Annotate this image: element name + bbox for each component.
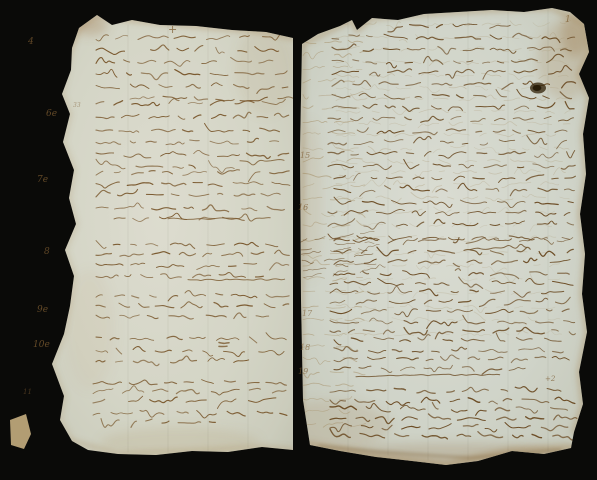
margin-number: 33	[73, 102, 81, 109]
tally-mark: +2	[545, 375, 556, 383]
ink-stroke	[149, 171, 155, 172]
ink-stroke	[209, 422, 215, 423]
ink-stroke	[244, 264, 257, 265]
ink-stroke	[184, 382, 193, 383]
margin-number: 4	[27, 37, 34, 47]
margin-number: 8	[44, 247, 50, 257]
ink-stroke	[477, 153, 487, 154]
cross-mark: +	[168, 23, 177, 36]
folio-mark: 1	[565, 15, 571, 25]
margin-number: 7e	[37, 175, 48, 185]
ink-blot-core	[533, 85, 542, 91]
margin-number: 18	[300, 343, 310, 352]
margin-number: 15	[300, 151, 310, 160]
margin-number: 11	[23, 388, 32, 396]
ink-stroke	[405, 62, 413, 63]
margin-number: 9e	[37, 305, 48, 315]
ink-stroke	[146, 194, 163, 195]
margin-number: 6e	[46, 109, 57, 119]
ink-stroke	[552, 178, 558, 179]
ink-flourish	[219, 343, 229, 344]
margin-number: 10e	[33, 340, 50, 350]
ink-stroke	[476, 131, 482, 132]
ink-stroke	[332, 39, 339, 40]
manuscript-photo: 4 33 6e 7e 8 9e 10e 11 15 16 17 18 19 + …	[0, 0, 597, 480]
margin-number: 17	[302, 309, 313, 318]
manuscript-scan: 4 33 6e 7e 8 9e 10e 11 15 16 17 18 19 + …	[0, 0, 597, 480]
margin-number: 16	[298, 203, 308, 212]
margin-number: 19	[298, 367, 308, 376]
